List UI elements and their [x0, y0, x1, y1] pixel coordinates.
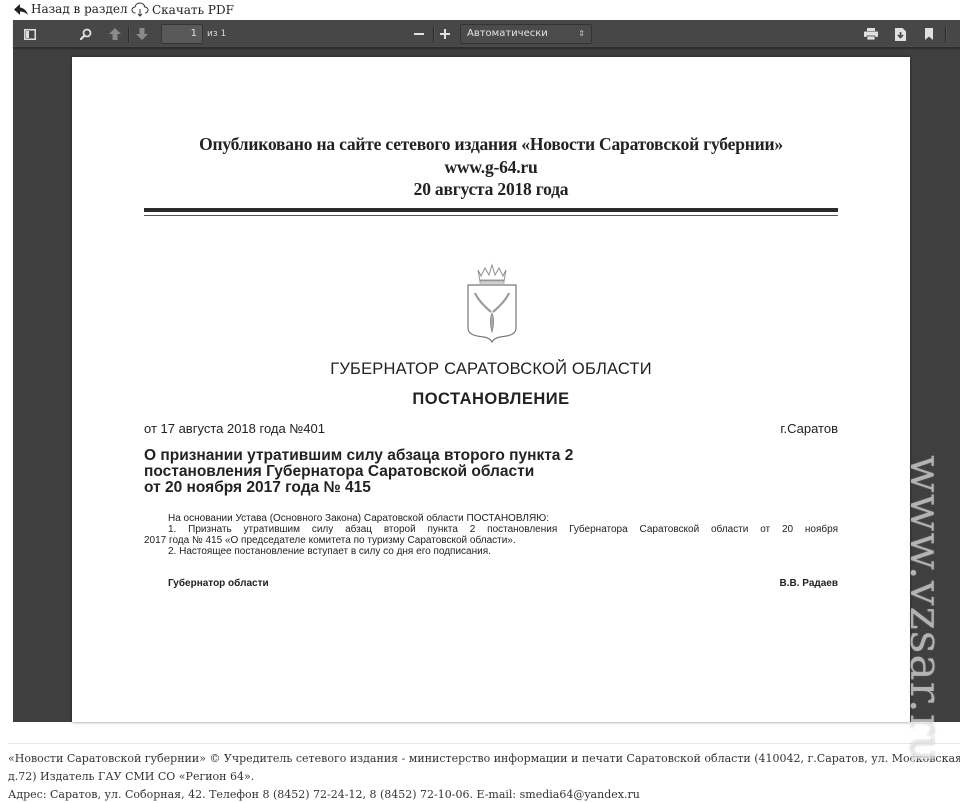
arrow-down-icon [136, 28, 148, 40]
footer-contacts: Адрес: Саратов, ул. Соборная, 42. Телефо… [8, 786, 960, 803]
download-button[interactable] [888, 24, 912, 44]
subject-line: О признании утратившим силу абзаца второ… [144, 448, 744, 464]
next-page-button[interactable] [130, 24, 154, 44]
bookmark-icon [925, 28, 933, 40]
signer-title: Губернатор области [168, 578, 269, 589]
body-paragraph: 2. Настоящее постановление вступает в си… [144, 546, 838, 557]
site-footer: «Новости Саратовской губернии» © Учредит… [8, 750, 960, 803]
body-paragraph: На основании Устава (Основного Закона) С… [144, 513, 838, 524]
top-navigation: Назад в раздел Скачать PDF [0, 0, 960, 20]
body-paragraph: 1. Признать утратившим силу абзац второй… [144, 524, 838, 535]
footer-copyright: «Новости Саратовской губернии» © Учредит… [8, 750, 960, 768]
document-page: Опубликовано на сайте сетевого издания «… [72, 57, 910, 722]
subject-line: от 20 ноября 2017 года № 415 [144, 480, 744, 496]
previous-page-button[interactable] [103, 24, 127, 44]
published-site: www.g-64.ru [72, 157, 910, 178]
toggle-sidebar-button[interactable] [18, 24, 42, 44]
back-to-section-label: Назад в раздел [31, 2, 128, 16]
authority-title: ГУБЕРНАТОР САРАТОВСКОЙ ОБЛАСТИ [72, 360, 910, 379]
bookmark-button[interactable] [917, 24, 941, 44]
page-number-input[interactable]: 1 [161, 24, 203, 44]
back-to-section-link[interactable]: Назад в раздел [14, 2, 128, 16]
search-icon [80, 28, 92, 40]
document-download-icon [895, 28, 906, 41]
toolbar-separator [945, 27, 946, 42]
toolbar-separator [128, 27, 129, 42]
zoom-out-button[interactable] [407, 24, 431, 44]
select-arrows-icon: ⇕ [578, 25, 585, 43]
back-arrow-icon [14, 4, 28, 15]
signature-block: Губернатор области В.В. Радаев [168, 578, 838, 589]
zoom-in-button[interactable] [433, 24, 457, 44]
decree-date-number: от 17 августа 2018 года №401 [144, 421, 325, 436]
coat-of-arms-icon [464, 262, 520, 344]
sidebar-toggle-icon [24, 29, 36, 40]
viewer-toolbar: 1 из 1 Автоматически ⇕ [13, 20, 960, 48]
header-rule-thin [144, 215, 838, 216]
zoom-level-select[interactable]: Автоматически ⇕ [460, 24, 592, 44]
date-and-number-line: от 17 августа 2018 года №401 г.Саратов [144, 421, 838, 436]
footer-publisher: д.72) Издатель ГАУ СМИ СО «Регион 64». [8, 768, 960, 786]
minus-icon [414, 29, 424, 39]
download-pdf-label: Скачать PDF [152, 3, 234, 17]
plus-icon [440, 29, 450, 39]
header-rule-thick [144, 208, 838, 212]
cloud-download-icon [131, 2, 149, 17]
arrow-up-icon [109, 28, 121, 40]
decree-body: На основании Устава (Основного Закона) С… [144, 513, 838, 557]
published-date: 20 августа 2018 года [72, 179, 910, 200]
print-button[interactable] [859, 24, 883, 44]
footer-divider [8, 743, 960, 744]
decree-subject: О признании утратившим силу абзаца второ… [144, 448, 744, 496]
signer-name: В.В. Радаев [780, 578, 839, 589]
pdf-viewer: 1 из 1 Автоматически ⇕ [13, 20, 960, 722]
printer-icon [864, 28, 878, 40]
body-paragraph-continuation: 2017 года № 415 «О председателе комитета… [144, 535, 838, 546]
published-notice: Опубликовано на сайте сетевого издания «… [72, 134, 910, 155]
subject-line: постановления Губернатора Саратовской об… [144, 464, 744, 480]
find-button[interactable] [74, 24, 98, 44]
page-count-label: из 1 [207, 29, 226, 39]
download-pdf-link[interactable]: Скачать PDF [131, 2, 234, 17]
zoom-level-value: Автоматически [467, 28, 548, 39]
document-type: ПОСТАНОВЛЕНИЕ [72, 390, 910, 409]
decree-city: г.Саратов [780, 421, 838, 436]
